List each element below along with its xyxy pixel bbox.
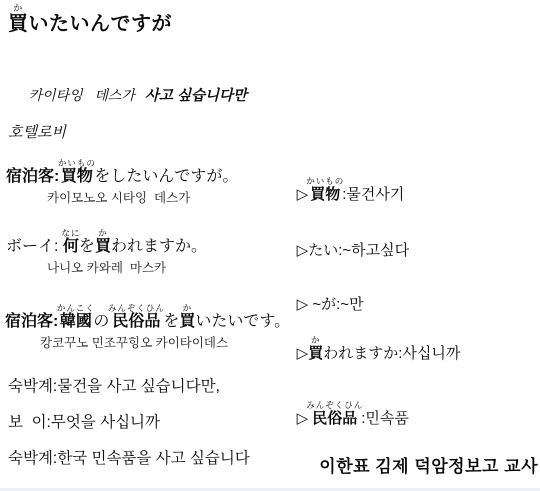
dialog-japanese: ボーイ: 何なにを買かわれますか。 [6,228,207,256]
dialog-line-boy: ボーイ: 何なにを買かわれますか。 나니오 카와레 마스카 [6,228,207,276]
triangle-bullet-icon: ▷ [297,345,309,362]
vocab-item: ▷民俗品みんぞくひん:민속품 [280,384,409,445]
vocab-text: 買かわれますか:사십니까 [308,345,460,362]
dialog-japanese: 宿泊客:買物かいものをしたいんですが。 [6,158,238,186]
dialog-line-guest-1: 宿泊客:買物かいものをしたいんですが。 카이모노오 시타잉 데스가 [6,158,238,206]
dialog-translit: 캉코꾸노 민조꾸힝오 카이타이데스 [40,333,290,351]
vocab-item: ▷買物かいもの:물건사기 [280,160,404,221]
vocab-item: ▷たい:~하고싶다 [280,222,409,277]
vocab-text: たい:~하고싶다 [308,242,409,259]
translation-line: 숙박계:한국 민속품을 사고 싶습니다 [8,446,250,468]
scene-label: 호텔로비 [8,121,66,142]
triangle-bullet-icon: ▷ [297,296,309,313]
triangle-bullet-icon: ▷ [297,242,309,259]
translation-line: 보 이:무엇을 사십니까 [8,410,160,432]
dialog-translit: 카이모노오 시타잉 데스가 [47,188,238,206]
lesson-title-japanese: 買かいたいんですが [8,3,172,36]
dialog-translit: 나니오 카와레 마스카 [47,258,207,276]
title-translit-reading: 카이타잉 데스가 [29,87,135,103]
lesson-page: 買かいたいんですが 카이타잉 데스가사고 싶습니다만 호텔로비 宿泊客:買物かい… [0,0,540,491]
translation-line: 숙박계:물건을 사고 싶습니다만, [8,374,220,396]
vocab-text: ~が:~만 [308,296,363,313]
lesson-title-translit: 카이타잉 데스가사고 싶습니다만 [13,68,247,121]
vocab-text: 買物かいもの:물건사기 [308,186,404,203]
dialog-line-guest-2: 宿泊客:韓國かんこくの民俗品みんぞくひんを買かいたいです。 캉코꾸노 민조꾸힝오… [5,303,290,351]
title-translit-meaning: 사고 싶습니다만 [145,88,247,104]
vocab-text: 民俗品みんぞくひん:민속품 [308,410,409,427]
author-byline: 이한표 김제 덕암정보고 교사 [319,452,538,477]
vocab-item: ▷買かわれますか:사십니까 [280,319,460,380]
dialog-japanese: 宿泊客:韓國かんこくの民俗品みんぞくひんを買かいたいです。 [5,303,290,331]
